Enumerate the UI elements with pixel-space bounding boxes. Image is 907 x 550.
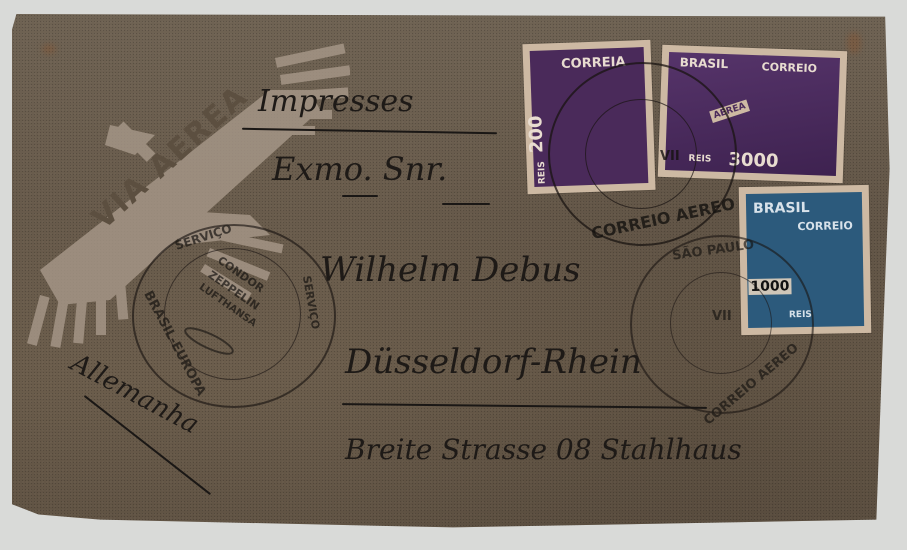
- stamp-country: BRASIL: [680, 55, 729, 71]
- underline: [342, 195, 378, 197]
- stamp-country: BRASIL: [753, 200, 810, 217]
- handwritten-street: Breite Strasse 08 Stahlhaus: [345, 433, 742, 466]
- handwritten-recipient: Wilhelm Debus: [320, 250, 581, 290]
- zeppelin-icon: [179, 321, 239, 361]
- cachet-right-text: SERVIÇO: [300, 275, 322, 330]
- stamp-unit: REIS: [537, 161, 548, 184]
- postmark-date: VII: [712, 309, 732, 324]
- postmark-date: VII: [660, 149, 680, 164]
- stamp-value: 200: [525, 115, 547, 153]
- postmark-1: CORREIO AEREO VII: [548, 62, 737, 246]
- postmark-2: SÃO PAULO VII CORREIO AEREO: [630, 235, 814, 414]
- underline: [442, 203, 490, 205]
- zeppelin-cachet: SERVIÇO BRASIL-EUROPA SERVIÇO CONDOR ZEP…: [132, 224, 336, 408]
- handwritten-city: Düsseldorf-Rhein: [345, 342, 642, 382]
- stamp-label: CORREIO: [797, 219, 853, 233]
- handwritten-salutation: Exmo. Snr.: [272, 150, 447, 188]
- stamp-label: CORREIO: [761, 60, 817, 75]
- stain: [847, 32, 861, 54]
- handwritten-impresses: Impresses: [258, 84, 414, 119]
